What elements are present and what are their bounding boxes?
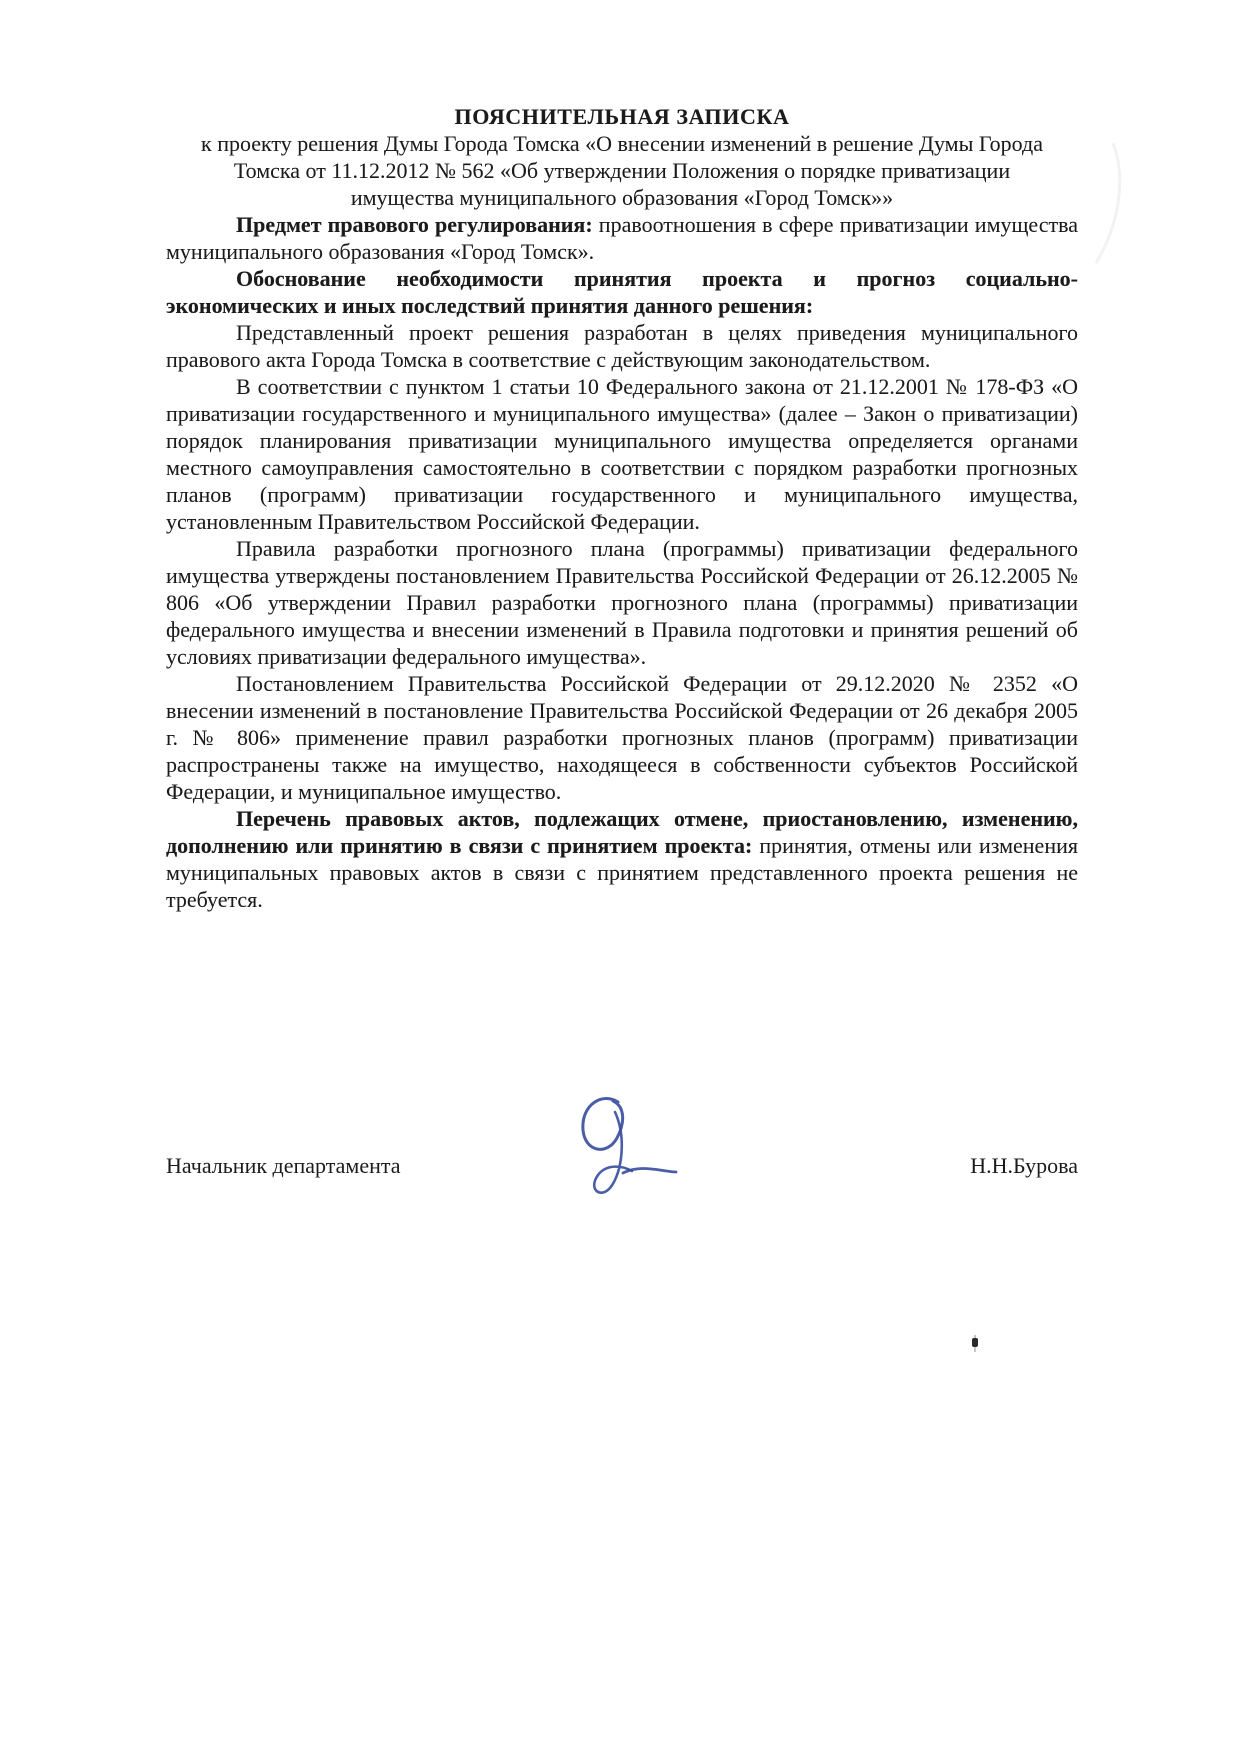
lead-paragraph: Перечень правовых актов, подлежащих отме… (166, 805, 1078, 913)
signer-position-label: Начальник департамента (166, 1152, 401, 1179)
signer-name-label: Н.Н.Бурова (970, 1152, 1078, 1179)
scanned-document-page: ПОЯСНИТЕЛЬНАЯ ЗАПИСКА к проекту решения … (0, 0, 1240, 1753)
paragraph: Постановлением Правительства Российской … (166, 670, 1078, 805)
handwritten-signature-icon (563, 1092, 685, 1207)
document-subtitle: к проекту решения Думы Города Томска «О … (166, 130, 1078, 211)
lead-paragraph: Предмет правового регулирования: правоот… (166, 211, 1078, 265)
paragraph: В соответствии с пунктом 1 статьи 10 Фед… (166, 373, 1078, 535)
scan-artifact-dot (972, 1338, 978, 1347)
scan-artifact-curve (1058, 138, 1128, 268)
document-title: ПОЯСНИТЕЛЬНАЯ ЗАПИСКА (166, 103, 1078, 130)
paragraph: Правила разработки прогнозного плана (пр… (166, 535, 1078, 670)
paragraph: Представленный проект решения разработан… (166, 319, 1078, 373)
bold-paragraph: Обоснование необходимости принятия проек… (166, 265, 1078, 319)
document-body: ПОЯСНИТЕЛЬНАЯ ЗАПИСКА к проекту решения … (166, 103, 1078, 913)
